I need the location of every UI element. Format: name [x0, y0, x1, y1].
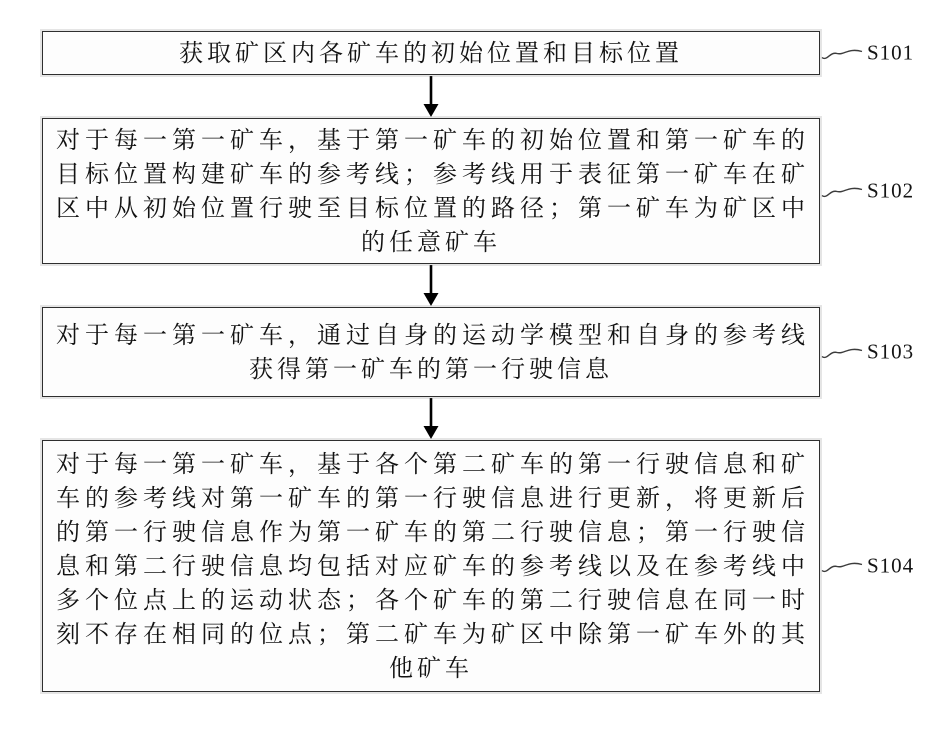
step-box-s102: 对于每一第一矿车，基于第一矿车的初始位置和第一矿车的目标位置构建矿车的参考线；参…: [42, 118, 820, 264]
step-label: S103: [867, 340, 914, 365]
flow-step-s103: 对于每一第一矿车，通过自身的运动学模型和自身的参考线获得第一矿车的第一行驶信息 …: [42, 307, 820, 397]
step-box-s104: 对于每一第一矿车，基于各个第二矿车的第一行驶信息和矿车的参考线对第一矿车的第一行…: [42, 440, 820, 692]
step-label: S101: [867, 41, 914, 66]
text-line: 多个位点上的运动状态；各个矿车的第二行驶信息在同一时: [56, 583, 806, 617]
connector-squiggle-icon: [821, 342, 863, 362]
patent-flowchart-figure: 获取矿区内各矿车的初始位置和目标位置 S101 对于每一第一矿车，基于第一矿车的…: [0, 0, 934, 753]
flow-step-s102: 对于每一第一矿车，基于第一矿车的初始位置和第一矿车的目标位置构建矿车的参考线；参…: [42, 118, 820, 264]
step-box-s103: 对于每一第一矿车，通过自身的运动学模型和自身的参考线获得第一矿车的第一行驶信息: [42, 307, 820, 397]
text-line: 获得第一矿车的第一行驶信息: [56, 352, 806, 386]
text-line: 的任意矿车: [56, 225, 806, 259]
step-ref-s103: S103: [820, 340, 934, 365]
step-box-s101: 获取矿区内各矿车的初始位置和目标位置: [42, 31, 820, 75]
text-line: 的第一行驶信息作为第一矿车的第二行驶信息；第一行驶信: [56, 515, 806, 549]
step-label: S102: [867, 179, 914, 204]
connector-squiggle-icon: [821, 556, 863, 576]
text-line: 车的参考线对第一矿车的第一行驶信息进行更新，将更新后: [56, 481, 806, 515]
step-label: S104: [867, 554, 914, 579]
down-arrow: [42, 264, 820, 307]
text-line: 目标位置构建矿车的参考线；参考线用于表征第一矿车在矿: [56, 157, 806, 191]
text-line: 对于每一第一矿车，基于各个第二矿车的第一行驶信息和矿: [56, 447, 806, 481]
connector-squiggle-icon: [821, 43, 863, 63]
connector-squiggle-icon: [821, 181, 863, 201]
down-arrow: [42, 75, 820, 118]
text-line: 息和第二行驶信息均包括对应矿车的参考线以及在参考线中: [56, 549, 806, 583]
text-line: 获取矿区内各矿车的初始位置和目标位置: [56, 36, 806, 70]
flow-step-s101: 获取矿区内各矿车的初始位置和目标位置 S101: [42, 31, 820, 75]
text-line: 对于每一第一矿车，通过自身的运动学模型和自身的参考线: [56, 318, 806, 352]
step-ref-s101: S101: [820, 41, 934, 66]
flow-step-s104: 对于每一第一矿车，基于各个第二矿车的第一行驶信息和矿车的参考线对第一矿车的第一行…: [42, 440, 820, 692]
flowchart: 获取矿区内各矿车的初始位置和目标位置 S101 对于每一第一矿车，基于第一矿车的…: [42, 31, 820, 692]
text-line: 区中从初始位置行驶至目标位置的路径；第一矿车为矿区中: [56, 191, 806, 225]
step-ref-s104: S104: [820, 554, 934, 579]
down-arrow: [42, 397, 820, 440]
step-ref-s102: S102: [820, 179, 934, 204]
text-line: 对于每一第一矿车，基于第一矿车的初始位置和第一矿车的: [56, 123, 806, 157]
text-line: 刻不存在相同的位点；第二矿车为矿区中除第一矿车外的其: [56, 617, 806, 651]
text-line: 他矿车: [56, 651, 806, 685]
